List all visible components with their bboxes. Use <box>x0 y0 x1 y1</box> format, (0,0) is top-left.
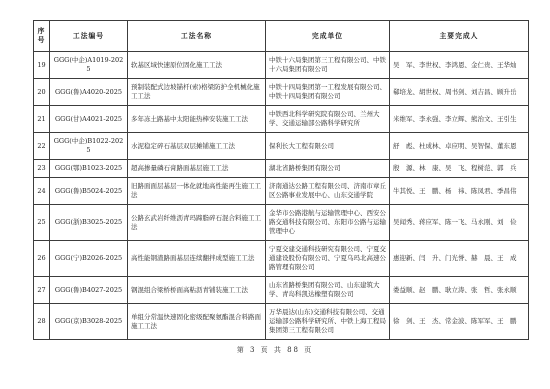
completion-unit: 山东省路桥集团有限公司、山东建筑大学、青岛科凯达橡塑有限公司 <box>266 277 390 304</box>
method-code: GGG(鲁)A4020-2025 <box>50 79 128 106</box>
method-name: 超高掺量磷石膏路面基层施工工法 <box>128 160 266 178</box>
table-row: 20 GGG(鲁)A4020-2025 预制装配式边坡锚杆(索)格梁防护全机械化… <box>34 79 529 106</box>
row-serial-number: 25 <box>34 205 50 241</box>
method-code: GGG(浙)B3025-2025 <box>50 205 128 241</box>
header-method-name: 工法名称 <box>128 21 266 52</box>
header-serial: 序号 <box>34 21 50 52</box>
header-method-code: 工法编号 <box>50 21 128 52</box>
header-row: 序号 工法编号 工法名称 完成单位 主要完成人 <box>34 21 529 52</box>
method-name: 单组分常温快速固化密级配聚氨酯混合料路面施工工法 <box>128 304 266 340</box>
method-name: 软基区域快速原位固化施工工法 <box>128 52 266 79</box>
method-code: GGG(鲁)B4027-2025 <box>50 277 128 304</box>
main-contributors: 米维军、李永强、李立辉、熊治文、王引生 <box>390 106 529 133</box>
method-name: 多年冻土路基中太阳能热棒安装施工工法 <box>128 106 266 133</box>
method-code: GGG(中企)A1019-2025 <box>50 52 128 79</box>
table-row: 24 GGG(鲁)B5024-2025 旧路面面层基层一体化就地高性能再生施工工… <box>34 178 529 205</box>
table-row: 25 GGG(浙)B3025-2025 公路玄武岩纤维沥青玛蹄脂碎石混合料施工工… <box>34 205 529 241</box>
construction-method-table: 序号 工法编号 工法名称 完成单位 主要完成人 19 GGG(中企)A1019-… <box>33 20 529 340</box>
table-header: 序号 工法编号 工法名称 完成单位 主要完成人 <box>34 21 529 52</box>
table-row: 21 GGG(甘)A4021-2025 多年冻土路基中太阳能热棒安装施工工法 中… <box>34 106 529 133</box>
table-body: 19 GGG(中企)A1019-2025 软基区域快速原位固化施工工法 中铁十六… <box>34 52 529 340</box>
completion-unit: 保利长大工程有限公司 <box>266 133 390 160</box>
row-serial-number: 24 <box>34 178 50 205</box>
completion-unit: 宁夏交建交通科技研究有限公司、宁夏交通建设股份有限公司、宁夏乌玛北高速公路管理有… <box>266 241 390 277</box>
main-contributors: 舒 彪、杜成林、卓应明、吴智保、董东恩 <box>390 133 529 160</box>
method-name: 公路玄武岩纤维沥青玛蹄脂碎石混合料施工工法 <box>128 205 266 241</box>
completion-unit: 中铁十四局集团第一工程发展有限公司、中铁十四局集团有限公司 <box>266 79 390 106</box>
row-serial-number: 28 <box>34 304 50 340</box>
main-contributors: 娄益顺、赵 鹏、耿立涛、张 哲、张永顺 <box>390 277 529 304</box>
method-name: 高性能钢渣路面基层连续翻拌成型施工工法 <box>128 241 266 277</box>
main-contributors: 牛其悦、王 鹏、杨 祎、陈凤君、季昌伟 <box>390 178 529 205</box>
main-contributors: 吴闻秀、蒋应军、陈一飞、马永刚、刘 俭 <box>390 205 529 241</box>
method-code: GGG(中企)B1022-2025 <box>50 133 128 160</box>
method-code: GGG(鄂)B1023-2025 <box>50 160 128 178</box>
table-row: 23 GGG(鄂)B1023-2025 超高掺量磷石膏路面基层施工工法 湖北省路… <box>34 160 529 178</box>
completion-unit: 万华晨达(山东)交通科技有限公司、交通运输部公路科学研究所、中铁上海工程局集团第… <box>266 304 390 340</box>
main-contributors: 惠迎新、闫 升、门光誉、赫 晨、王 成 <box>390 241 529 277</box>
method-code: GGG(甘)A4021-2025 <box>50 106 128 133</box>
main-contributors: 徐 剑、王 杰、常金波、陈军军、王 鹏 <box>390 304 529 340</box>
table-row: 26 GGG(宁)B2026-2025 高性能钢渣路面基层连续翻拌成型施工工法 … <box>34 241 529 277</box>
table-row: 19 GGG(中企)A1019-2025 软基区域快速原位固化施工工法 中铁十六… <box>34 52 529 79</box>
row-serial-number: 19 <box>34 52 50 79</box>
row-serial-number: 26 <box>34 241 50 277</box>
completion-unit: 济南通达公路工程有限公司、济南市章丘区公路事业发展中心、山东交通学院 <box>266 178 390 205</box>
document-page: 序号 工法编号 工法名称 完成单位 主要完成人 19 GGG(中企)A1019-… <box>0 0 550 389</box>
completion-unit: 湖北省路桥集团有限公司 <box>266 160 390 178</box>
method-name: 水泥稳定碎石基层双层摊铺施工工法 <box>128 133 266 160</box>
row-serial-number: 20 <box>34 79 50 106</box>
main-contributors: 吴 军、李世权、李鸿恩、金仁贵、王华灿 <box>390 52 529 79</box>
table-row: 22 GGG(中企)B1022-2025 水泥稳定碎石基层双层摊铺施工工法 保利… <box>34 133 529 160</box>
header-completion-unit: 完成单位 <box>266 21 390 52</box>
row-serial-number: 22 <box>34 133 50 160</box>
method-code: GGG(宁)B2026-2025 <box>50 241 128 277</box>
header-main-contributors: 主要完成人 <box>390 21 529 52</box>
table-row: 27 GGG(鲁)B4027-2025 钢混组合梁桥桥面高粘沥青铺装施工工法 山… <box>34 277 529 304</box>
row-serial-number: 27 <box>34 277 50 304</box>
main-contributors: 殷 源、林 康、吴 飞、程树范、郭 兵 <box>390 160 529 178</box>
method-code: GGG(京)B3028-2025 <box>50 304 128 340</box>
completion-unit: 中铁十六局集团第三工程有限公司、中铁十六局集团有限公司 <box>266 52 390 79</box>
main-contributors: 郗培龙、胡世权、周书剑、刘吉昌、顾升岳 <box>390 79 529 106</box>
completion-unit: 金华市公路港航与运输管理中心、西安公路交通科技有限公司、东阳市公路与运输管理中心 <box>266 205 390 241</box>
completion-unit: 中铁西北科学研究院有限公司、兰州大学、交通运输部公路科学研究所 <box>266 106 390 133</box>
table-row: 28 GGG(京)B3028-2025 单组分常温快速固化密级配聚氨酯混合料路面… <box>34 304 529 340</box>
method-code: GGG(鲁)B5024-2025 <box>50 178 128 205</box>
method-name: 预制装配式边坡锚杆(索)格梁防护全机械化施工工法 <box>128 79 266 106</box>
method-name: 钢混组合梁桥桥面高粘沥青铺装施工工法 <box>128 277 266 304</box>
method-name: 旧路面面层基层一体化就地高性能再生施工工法 <box>128 178 266 205</box>
page-footer: 第 3 页 共 88 页 <box>0 345 550 355</box>
row-serial-number: 23 <box>34 160 50 178</box>
row-serial-number: 21 <box>34 106 50 133</box>
